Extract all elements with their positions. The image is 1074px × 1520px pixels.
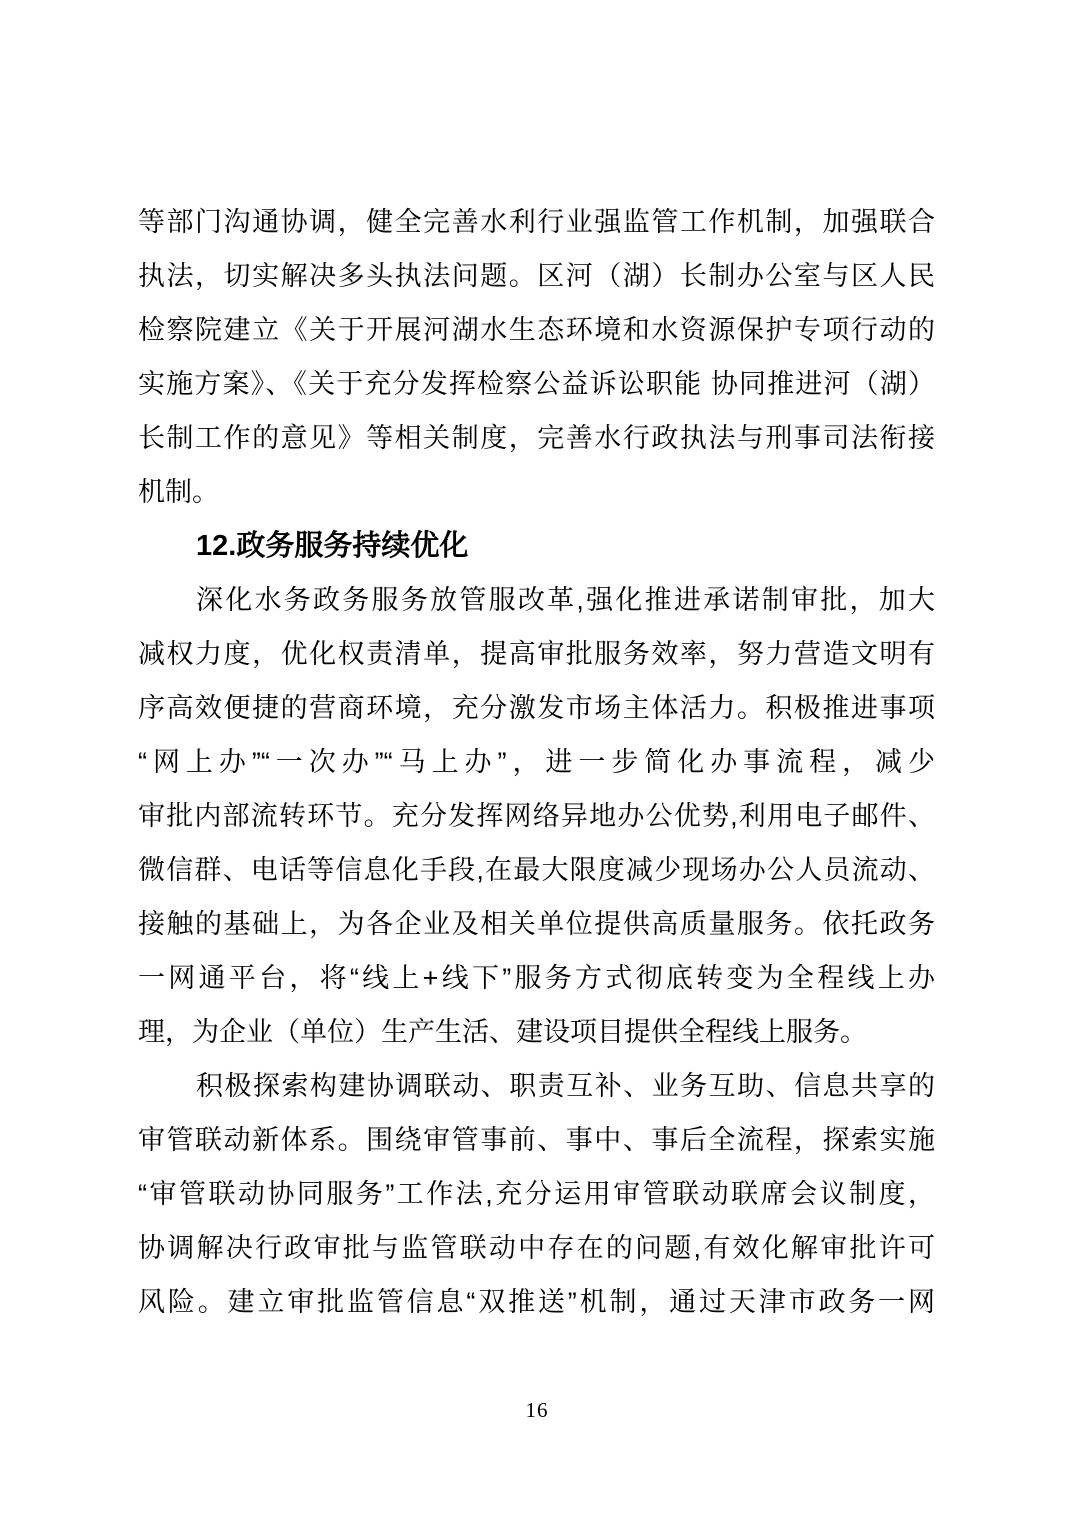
- page-footer: 16: [0, 1398, 1074, 1423]
- text-line: 执法，切实解决多头执法问题。区河（湖）长制办公室与区人民: [138, 249, 935, 303]
- text-line: 一网通平台，将“线上+线下”服务方式彻底转变为全程线上办: [138, 951, 935, 1005]
- document-body: 等部门沟通协调，健全完善水利行业强监管工作机制，加强联合执法，切实解决多头执法问…: [138, 195, 935, 1329]
- page-number: 16: [526, 1398, 549, 1422]
- text-line: 序高效便捷的营商环境，充分激发市场主体活力。积极推进事项: [138, 681, 935, 735]
- text-line: 接触的基础上，为各企业及相关单位提供高质量服务。依托政务: [138, 897, 935, 951]
- text-line: 实施方案》、《关于充分发挥检察公益诉讼职能 协同推进河（湖）: [138, 357, 935, 411]
- text-line: 检察院建立《关于开展河湖水生态环境和水资源保护专项行动的: [138, 303, 935, 357]
- text-line: 审批内部流转环节。充分发挥网络异地办公优势,利用电子邮件、: [138, 789, 935, 843]
- text-line: 协调解决行政审批与监管联动中存在的问题,有效化解审批许可: [138, 1221, 935, 1275]
- section-heading: 12.政务服务持续优化: [138, 519, 935, 573]
- text-line: 审管联动新体系。围绕审管事前、事中、事后全流程，探索实施: [138, 1113, 935, 1167]
- text-line: 理，为企业（单位）生产生活、建设项目提供全程线上服务。: [138, 1005, 935, 1059]
- text-line: 微信群、电话等信息化手段,在最大限度减少现场办公人员流动、: [138, 843, 935, 897]
- text-line: 机制。: [138, 465, 935, 519]
- text-line: 积极探索构建协调联动、职责互补、业务互助、信息共享的: [138, 1059, 935, 1113]
- document-page: 等部门沟通协调，健全完善水利行业强监管工作机制，加强联合执法，切实解决多头执法问…: [0, 0, 1074, 1520]
- text-line: 等部门沟通协调，健全完善水利行业强监管工作机制，加强联合: [138, 195, 935, 249]
- text-line: “网上办”“一次办”“马上办”，进一步简化办事流程，减少: [138, 735, 935, 789]
- text-line: 风险。建立审批监管信息“双推送”机制，通过天津市政务一网: [138, 1275, 935, 1329]
- text-line: 减权力度，优化权责清单，提高审批服务效率，努力营造文明有: [138, 627, 935, 681]
- text-line: 深化水务政务服务放管服改革,强化推进承诺制审批，加大: [138, 573, 935, 627]
- text-line: 长制工作的意见》等相关制度，完善水行政执法与刑事司法衔接: [138, 411, 935, 465]
- text-line: “审管联动协同服务”工作法,充分运用审管联动联席会议制度，: [138, 1167, 935, 1221]
